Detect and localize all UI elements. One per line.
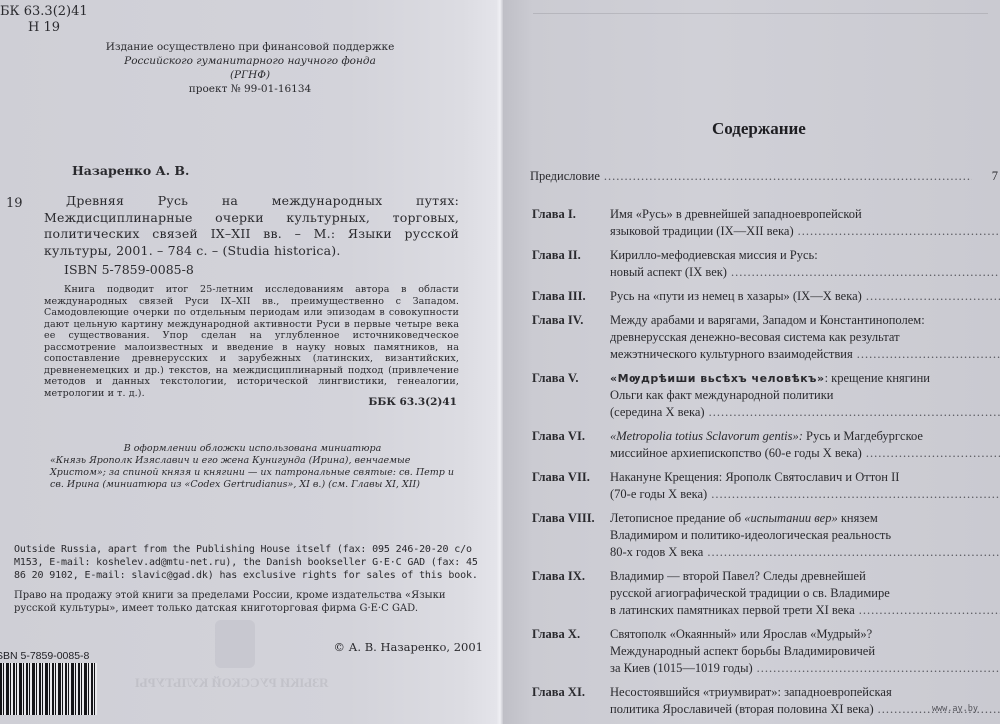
contents-title: Содержание [712, 119, 806, 139]
bibliographic-record: Древняя Русь на международных путях: Меж… [44, 193, 459, 259]
chapter-title-line: Святополк «Окаянный» или Ярослав «Мудрый… [610, 626, 1000, 643]
chapter-title-line: Имя «Русь» в древнейшей западноевропейск… [610, 206, 1000, 223]
toc-entry-chapter-10[interactable]: Глава X. Святополк «Окаянный» или Яросла… [530, 626, 998, 677]
dot-leader [709, 404, 1000, 421]
barcode: SBN 5-7859-0085-8 [0, 650, 100, 724]
dot-leader [859, 602, 1000, 619]
toc-page-number: 7 [976, 168, 998, 185]
latin-quote: «Metropolia totius Sclavorum gentis»: [610, 429, 803, 443]
isbn-number: ISBN 5-7859-0085-8 [64, 262, 194, 277]
publisher-logo-bleedthrough [215, 620, 255, 668]
right-page-contents: Содержание Предисловие 7 Глава I. Имя «Р… [503, 0, 1000, 724]
dot-leader [866, 288, 1000, 305]
chapter-label: Глава XI. [530, 684, 610, 718]
copyright-notice: © А. В. Назаренко, 2001 [334, 640, 483, 654]
chapter-title-line: (середина X века) [610, 404, 705, 421]
chapter-title-line: новый аспект (IX век) [610, 264, 727, 281]
dot-leader [711, 486, 1000, 503]
chapter-title-line: языковой традиции (IX—XII века) [610, 223, 794, 240]
chapter-title-line: русской агиографической традиции о св. В… [610, 585, 1000, 602]
chapter-label: Глава IV. [530, 312, 610, 363]
chapter-title-line: в латинских памятниках первой трети XI в… [610, 602, 855, 619]
toc-entry-chapter-1[interactable]: Глава I. Имя «Русь» в древнейшей западно… [530, 206, 998, 240]
chapter-title-line: Летописное предание об [610, 511, 744, 525]
chapter-title-line: политика Ярославичей (вторая половина XI… [610, 701, 874, 718]
chapter-title-line: Ольги как факт международной политики [610, 387, 1000, 404]
chapter-label: Глава V. [530, 370, 610, 421]
left-page-imprint: БК 63.3(2)41 Н 19 Издание осуществлено п… [0, 0, 497, 724]
dot-leader [857, 346, 1000, 363]
old-slavonic-quote: «Мѹдрѣиши вьсѣхъ человѣкъ» [610, 372, 825, 385]
chapter-title-line: Кирилло-мефодиевская миссия и Русь: [610, 247, 1000, 264]
dot-leader [798, 223, 1000, 240]
toc-entry-chapter-7[interactable]: Глава VII. Накануне Крещения: Ярополк Св… [530, 469, 998, 503]
barcode-isbn-label: SBN 5-7859-0085-8 [0, 650, 100, 662]
cover-note-body: «Князь Ярополк Изяславич и его жена Куни… [50, 455, 454, 490]
toc-entry-chapter-3[interactable]: Глава III. Русь на «пути из немец в хаза… [530, 288, 998, 305]
funding-project-number: проект № 99-01-16134 [100, 82, 400, 96]
dot-leader [707, 544, 1000, 561]
toc-entry-chapter-8[interactable]: Глава VIII. Летописное предание об «испы… [530, 510, 998, 561]
chapter-title-line: Несостоявшийся «триумвират»: западноевро… [610, 684, 1000, 701]
publisher-name-bleedthrough: ЯЗЫКИ РУССКОЙ КУЛЬТУРЫ [135, 675, 329, 691]
toc-preface-label: Предисловие [530, 168, 600, 185]
cutter-code: Н 19 [0, 20, 88, 36]
table-of-contents: Предисловие 7 Глава I. Имя «Русь» в древ… [530, 168, 998, 724]
cover-illustration-note: В оформлении обложки использована миниат… [50, 443, 455, 491]
chapter-title-line: князем [838, 511, 878, 525]
bbk-code: БК 63.3(2)41 [0, 4, 88, 19]
toc-entry-chapter-11[interactable]: Глава XI. Несостоявшийся «триумвират»: з… [530, 684, 998, 718]
chapter-label: Глава VI. [530, 428, 610, 462]
funding-line-2: Российского гуманитарного научного фонда [100, 54, 400, 68]
chapter-title-line: межэтнического культурного взаимодействи… [610, 346, 853, 363]
cover-note-heading: В оформлении обложки использована миниат… [50, 443, 455, 455]
author-name: Назаренко А. В. [72, 163, 189, 178]
chapter-title-line: древнерусская денежно-весовая система ка… [610, 329, 1000, 346]
toc-entry-preface[interactable]: Предисловие 7 [530, 168, 998, 185]
chapter-title-line: (70-е годы X века) [610, 486, 707, 503]
rights-notice-english: Outside Russia, apart from the Publishin… [14, 543, 484, 582]
chapter-label: Глава III. [530, 288, 610, 305]
italic-phrase: «испытании вер» [744, 511, 838, 525]
dot-leader [731, 264, 1000, 281]
cutter-number: 19 [6, 196, 23, 211]
chapter-title-line: 80-х годов X века [610, 544, 703, 561]
running-header-bleedthrough [533, 10, 988, 14]
funding-notice: Издание осуществлено при финансовой подд… [100, 40, 400, 96]
chapter-label: Глава II. [530, 247, 610, 281]
dot-leader [604, 168, 972, 185]
chapter-title-line: Накануне Крещения: Ярополк Святославич и… [610, 469, 1000, 486]
toc-entry-chapter-9[interactable]: Глава IX. Владимир — второй Павел? Следы… [530, 568, 998, 619]
toc-entry-chapter-4[interactable]: Глава IV. Между арабами и варягами, Запа… [530, 312, 998, 363]
bbk-bottom-code: ББК 63.3(2)41 [368, 396, 457, 408]
barcode-bars-icon [0, 663, 97, 715]
chapter-title-line: : крещение княгини [825, 371, 930, 385]
rights-notice-russian: Право на продажу этой книги за пределами… [14, 589, 484, 615]
chapter-title-line: Международный аспект борьбы Владимирович… [610, 643, 1000, 660]
dot-leader [757, 660, 1000, 677]
chapter-title-line: Русь на «пути из немец в хазары» (IX—X в… [610, 288, 862, 305]
bbk-header: БК 63.3(2)41 Н 19 [0, 4, 88, 36]
toc-entry-chapter-2[interactable]: Глава II. Кирилло-мефодиевская миссия и … [530, 247, 998, 281]
chapter-label: Глава X. [530, 626, 610, 677]
toc-entry-chapter-6[interactable]: Глава VI. «Metropolia totius Sclavorum g… [530, 428, 998, 462]
chapter-title-line: миссийное архиепископство (60-е годы X в… [610, 445, 862, 462]
funding-line-3: (РГНФ) [100, 68, 400, 82]
book-spread: БК 63.3(2)41 Н 19 Издание осуществлено п… [0, 0, 1000, 724]
book-annotation: Книга подводит итог 25-летним исследован… [44, 284, 459, 399]
chapter-label: Глава I. [530, 206, 610, 240]
chapter-title-line: Владимир — второй Павел? Следы древнейше… [610, 568, 1000, 585]
toc-entry-chapter-5[interactable]: Глава V. «Мѹдрѣиши вьсѣхъ человѣкъ»: кре… [530, 370, 998, 421]
site-watermark: www.ay.by [932, 704, 978, 714]
dot-leader [866, 445, 1000, 462]
chapter-label: Глава VII. [530, 469, 610, 503]
chapter-label: Глава IX. [530, 568, 610, 619]
funding-line-1: Издание осуществлено при финансовой подд… [100, 40, 400, 54]
chapter-title-line: Владимиром и политико-идеологическая реа… [610, 527, 1000, 544]
chapter-title-line: за Киев (1015—1019 годы) [610, 660, 753, 677]
chapter-title-line: Русь и Магдебургское [803, 429, 923, 443]
chapter-title-line: Между арабами и варягами, Западом и Конс… [610, 312, 1000, 329]
chapter-label: Глава VIII. [530, 510, 610, 561]
